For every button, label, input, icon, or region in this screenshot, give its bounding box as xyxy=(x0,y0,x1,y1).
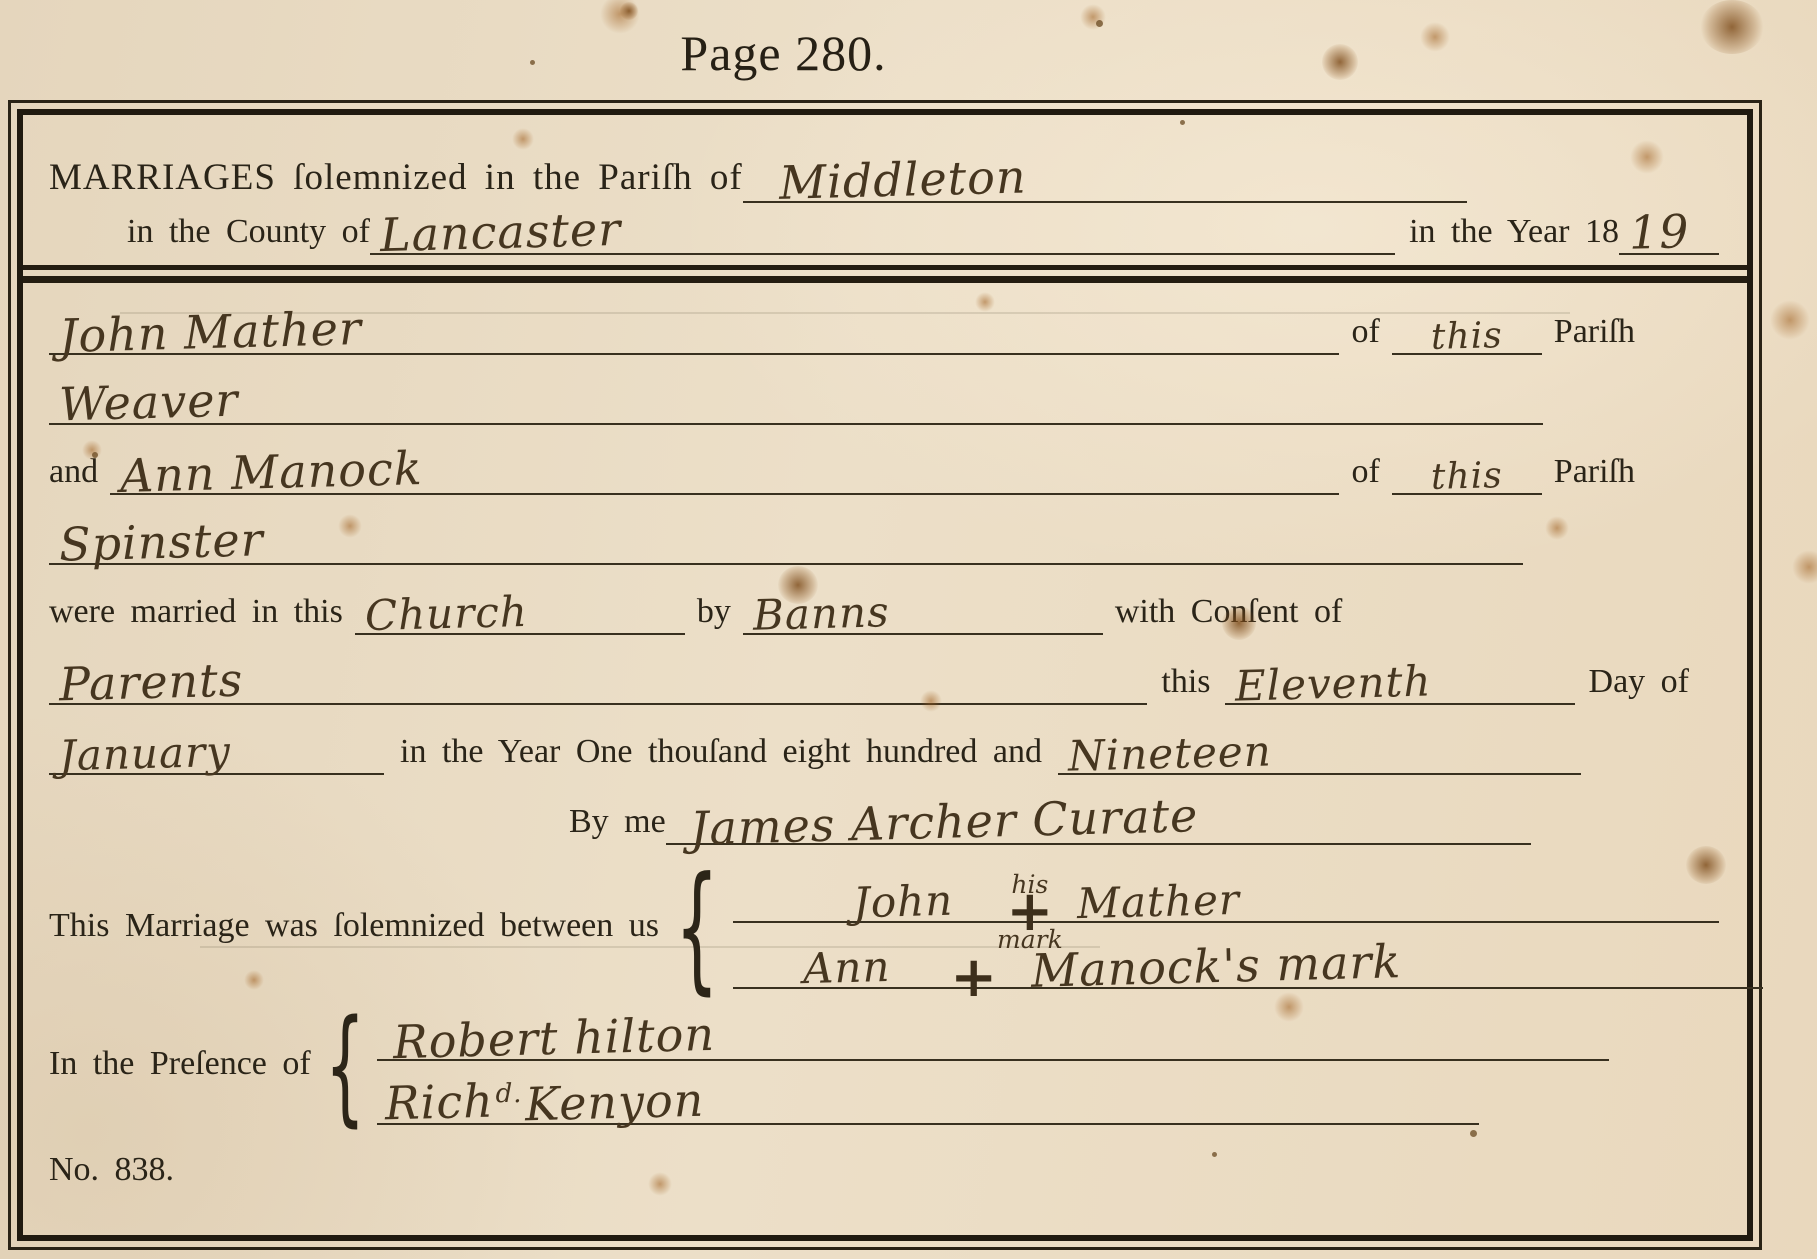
groom-occupation-written: Weaver xyxy=(58,377,239,428)
county-name-field: Lancaster xyxy=(370,207,1395,255)
witness2-signature-pre: Rich xyxy=(384,1078,494,1127)
parish-printed-label: Pariſh xyxy=(1554,313,1635,355)
groom-occupation-row: Weaver xyxy=(49,377,1543,425)
header-line1: MARRIAGES ſolemnized in the Pariſh of Mi… xyxy=(49,155,1719,203)
yearline-printed-label: in the Year One thouſand eight hundred a… xyxy=(400,733,1042,775)
bride-name-field: Ann Manock xyxy=(110,447,1339,495)
banns-written: Banns xyxy=(752,591,890,637)
bride-condition-row: Spinster xyxy=(49,517,1523,565)
consent-printed-label: with Conſent of xyxy=(1115,593,1342,635)
couple-signatures: John his + mark Mather Ann + Manock's ma… xyxy=(733,867,1719,989)
place-written: Church xyxy=(364,591,528,637)
officiant-signature: James Archer Curate xyxy=(675,792,1198,852)
presence-printed-label: In the Preſence of xyxy=(49,1045,311,1087)
groom-parish-field: this xyxy=(1392,307,1542,355)
dayof-printed-label: Day of xyxy=(1589,663,1689,705)
bride-parish-field: this xyxy=(1392,447,1542,495)
bride-name-row: and Ann Manock of this Pariſh xyxy=(49,447,1719,495)
groom-name-written: John Mather xyxy=(58,305,362,359)
year-written: 19 xyxy=(1628,208,1690,256)
groom-parish-written: this xyxy=(1430,318,1503,356)
marriages-printed-label: MARRIAGES ſolemnized in the Pariſh of xyxy=(49,156,743,203)
bride-condition-field: Spinster xyxy=(49,517,1523,565)
bride-condition-written: Spinster xyxy=(58,516,264,567)
consent-written: Parents xyxy=(58,657,243,708)
day-field: Eleventh xyxy=(1225,657,1575,705)
entry-number: No. 838. xyxy=(49,1151,174,1193)
this-printed-label: this xyxy=(1161,663,1210,705)
page-number: Page 280. xyxy=(0,24,1567,82)
witness1-line: Robert hilton xyxy=(377,1007,1609,1061)
witness2-line: Rich d. Kenyon xyxy=(377,1071,1479,1125)
month-field: January xyxy=(49,727,384,775)
bride-sig-first: Ann xyxy=(802,946,891,990)
witness-signatures: Robert hilton Rich d. Kenyon xyxy=(377,1007,1719,1125)
byme-printed-label: By me xyxy=(569,803,666,845)
banns-field: Banns xyxy=(743,587,1103,635)
stain xyxy=(620,2,638,20)
bride-signature-line: Ann + Manock's mark xyxy=(733,933,1763,989)
witness1-signature: Robert hilton xyxy=(392,1011,715,1065)
consent-field: Parents xyxy=(49,657,1147,705)
scanned-register-page: Page 280. MARRIAGES ſolemnized in the Pa… xyxy=(0,0,1817,1259)
parish-name-field: Middleton xyxy=(743,155,1467,203)
solemnized-row: This Marriage was ſolemnized between us … xyxy=(49,867,1719,989)
parish-printed-label: Pariſh xyxy=(1554,453,1635,495)
witness2-signature-post: Kenyon xyxy=(524,1077,704,1128)
yearword-written: Nineteen xyxy=(1067,730,1272,777)
header-line2: in the County of Lancaster in the Year 1… xyxy=(49,207,1719,255)
bride-parish-written: this xyxy=(1430,458,1503,496)
groom-occupation-field: Weaver xyxy=(49,377,1543,425)
header-divider-rule xyxy=(23,265,1747,283)
month-year-row: January in the Year One thouſand eight h… xyxy=(49,727,1581,775)
groom-signature-line: John his + mark Mather xyxy=(733,867,1719,923)
bride-name-written: Ann Manock xyxy=(120,445,424,499)
curly-brace: { xyxy=(325,1019,365,1114)
entry-number-row: No. 838. xyxy=(49,1151,1719,1193)
consent-day-row: Parents this Eleventh Day of xyxy=(49,657,1719,705)
curly-brace: { xyxy=(675,876,719,980)
bride-mark-cross: + xyxy=(950,958,997,997)
groom-sig-last: Mather xyxy=(1076,879,1240,925)
county-name-written: Lancaster xyxy=(379,206,621,258)
county-printed-label: in the County of xyxy=(127,213,370,255)
groom-sig-first: John xyxy=(852,880,953,925)
form-inner-border: MARRIAGES ſolemnized in the Pariſh of Mi… xyxy=(17,109,1753,1241)
parish-name-written: Middleton xyxy=(752,153,1027,206)
by-printed-label: by xyxy=(697,593,731,635)
of-printed-label: of xyxy=(1351,313,1379,355)
witness2-superscript: d. xyxy=(496,1081,523,1107)
month-written: January xyxy=(58,731,231,777)
stain xyxy=(1792,550,1817,584)
year-field: 19 xyxy=(1619,207,1719,255)
yearword-field: Nineteen xyxy=(1058,727,1581,775)
bride-sig-last: Manock's mark xyxy=(1031,938,1402,994)
and-printed-label: and xyxy=(49,453,98,495)
solemnized-printed-label: This Marriage was ſolemnized between us xyxy=(49,907,659,949)
groom-name-row: John Mather of this Pariſh xyxy=(49,307,1719,355)
groom-name-field: John Mather xyxy=(49,307,1339,355)
stain xyxy=(1770,300,1810,340)
place-field: Church xyxy=(355,587,685,635)
day-written: Eleventh xyxy=(1234,660,1432,707)
marriage-type-row: were married in this Church by Banns wit… xyxy=(49,587,1719,635)
year-printed-label: in the Year 18 xyxy=(1409,213,1619,255)
officiant-row: By me James Archer Curate xyxy=(569,797,1531,845)
stain xyxy=(1700,0,1764,54)
officiant-field: James Archer Curate xyxy=(666,797,1531,845)
of-printed-label: of xyxy=(1351,453,1379,495)
witnesses-row: In the Preſence of { Robert hilton Rich … xyxy=(49,1007,1719,1125)
form-border: MARRIAGES ſolemnized in the Pariſh of Mi… xyxy=(8,100,1762,1250)
married-printed-label: were married in this xyxy=(49,593,343,635)
